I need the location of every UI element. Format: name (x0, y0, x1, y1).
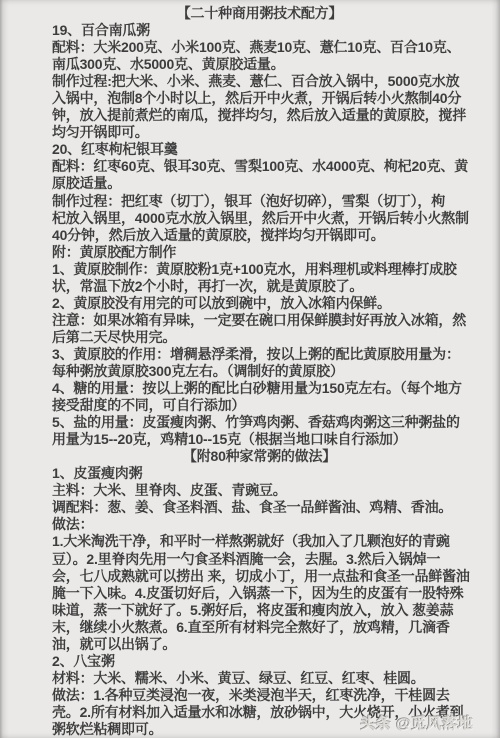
text-line: 2、八宝粥 (52, 653, 467, 670)
text-line: 1、皮蛋瘦肉粥 (52, 465, 467, 482)
text-line: 南瓜300克、水5000克、黄原胶适量。 (52, 56, 467, 73)
recipe-document: 【二十种商用粥技术配方】19、百合南瓜粥配料：大米200克、小米100克、燕麦1… (52, 5, 467, 738)
toutiao-watermark: 头条 @觅风落地 (360, 712, 473, 733)
text-line: 做法： (52, 516, 467, 533)
text-line: 会，七八成熟就可以捞出 来，切成小丁，用一点盐和食圣一品鲜酱油 (52, 568, 467, 585)
text-line: 原胶适量。 (52, 175, 467, 192)
text-line: 调配料：葱、姜、食圣料酒、盐、食圣一品鲜酱油、鸡精、香油。 (52, 499, 467, 516)
text-line: 4、糖的用量：按以上粥的配比白砂糖用量为150克左右。（每个地方 (52, 380, 467, 397)
text-line: 状，常温下放2个小时，再打一次，就是黄原胶了。 (52, 278, 467, 295)
text-line: 用量为15--20克，鸡精10--15克（根据当地口味自行添加） (52, 431, 467, 448)
text-line: 配料：大米200克、小米100克、燕麦10克、薏仁10克、百合10克、 (52, 39, 467, 56)
text-line: 19、百合南瓜粥 (52, 22, 467, 39)
text-line: 附：黄原胶配方制作 (52, 244, 467, 261)
section-heading: 【附80种家常粥的做法】 (52, 448, 467, 465)
text-line: 2、黄原胶没有用完的可以放到碗中，放入冰箱内保鲜。 (52, 295, 467, 312)
text-line: 腌一下入味。4.皮蛋切好后，入锅蒸一下，因为生的皮蛋有一股特殊 (52, 585, 467, 602)
text-line: 5、盐的用量：皮蛋瘦肉粥、竹笋鸡肉粥、香菇鸡肉粥这三种粥盐的 (52, 414, 467, 431)
text-line: 杞放入锅里，4000克水放入锅里，然后开中火煮，开锅后转小火熬制 (52, 210, 467, 227)
text-line: 材料：大米、糯米、小米、黄豆、绿豆、红豆、红枣、桂圆。 (52, 670, 467, 687)
text-line: 豆）。2.里脊肉先用一勺食圣料酒腌一会，去腥。3.然后入锅焯一 (52, 551, 467, 568)
text-line: 末，继续小火熬煮。6.直至所有材料完全熬好了，放鸡精，几滴香 (52, 619, 467, 636)
text-line: 均匀开锅即可。 (52, 124, 467, 141)
text-line: 20、红枣枸杞银耳羹 (52, 141, 467, 158)
text-line: 制作过程:把大米、小米、燕麦、薏仁、百合放入锅中，5000克水放 (52, 73, 467, 90)
text-line: 配料：红枣60克、银耳30克、雪梨100克、水4000克、枸杞20克、黄 (52, 158, 467, 175)
text-line: 后第二天尽快用完。 (52, 329, 467, 346)
text-line: 每种粥放黄原胶300克左右。（调制好的黄原胶） (52, 363, 467, 380)
section-heading: 【二十种商用粥技术配方】 (52, 5, 467, 22)
text-line: 入锅中，泡制8个小时以上，然后开中火煮，开锅后转小火熬制40分 (52, 90, 467, 107)
text-line: 注意：如果冰箱有异味，一定要在碗口用保鲜膜封好再放入冰箱，然 (52, 312, 467, 329)
text-line: 味道，蒸一下就好了。5.粥好后，将皮蛋和瘦肉放入，放入 葱姜蒜 (52, 602, 467, 619)
text-line: 接受甜度的不同，可自行添加） (52, 397, 467, 414)
text-line: 3、黄原胶的作用：增稠悬浮柔滑，按以上粥的配比黄原胶用量为： (52, 346, 467, 363)
text-line: 1.大米淘洗干净，和平时一样熬粥就好（我加入了几颗泡好的青豌 (52, 533, 467, 550)
text-line: 制作过程：把红枣（切丁），银耳（泡好切碎），雪梨（切丁），枸 (52, 193, 467, 210)
text-line: 油，就可以出锅了。 (52, 636, 467, 653)
text-line: 主料：大米、里脊肉、皮蛋、青豌豆。 (52, 482, 467, 499)
text-line: 钟，放入提前煮烂的南瓜，搅拌均匀，然后放入适量的黄原胶，搅拌 (52, 107, 467, 124)
text-line: 40分钟，然后放入适量的黄原胶，搅拌均匀开锅即可。 (52, 227, 467, 244)
text-line: 做法：1.各种豆类浸泡一夜，米类浸泡半天，红枣洗净，干桂圆去 (52, 687, 467, 704)
text-line: 1、黄原胶制作：黄原胶粉1克+100克水，用料理机或料理棒打成胶 (52, 261, 467, 278)
